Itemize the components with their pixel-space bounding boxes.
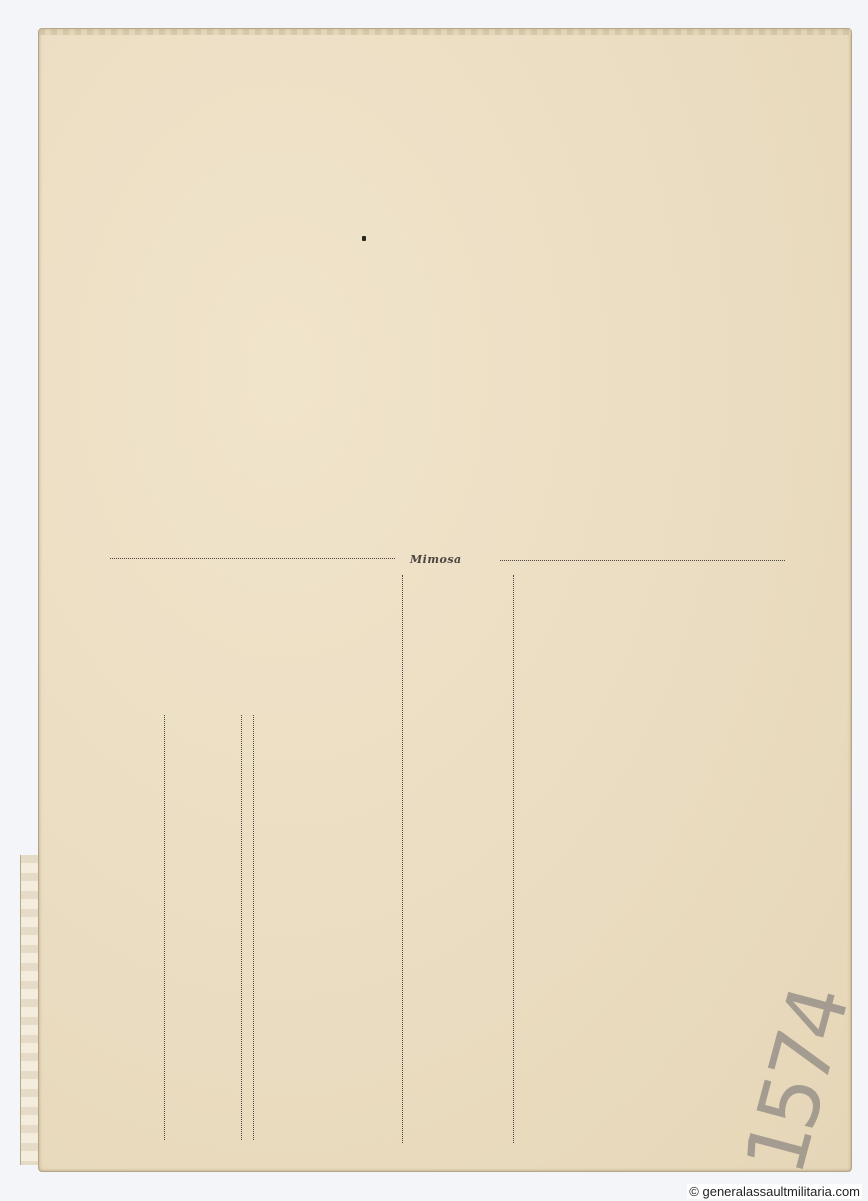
divider-line-right — [500, 560, 785, 561]
watermark: © generalassaultmilitaria.com — [687, 1184, 862, 1199]
divider-line-left — [110, 558, 395, 559]
address-line-3 — [253, 715, 254, 1140]
ink-spot — [362, 236, 366, 241]
printer-mark: Mimosa — [410, 553, 462, 566]
address-line-1 — [164, 715, 165, 1140]
address-line-2 — [241, 715, 242, 1140]
center-divider-right — [513, 575, 514, 1143]
center-divider-left — [402, 575, 403, 1143]
postcard-back — [38, 28, 852, 1172]
